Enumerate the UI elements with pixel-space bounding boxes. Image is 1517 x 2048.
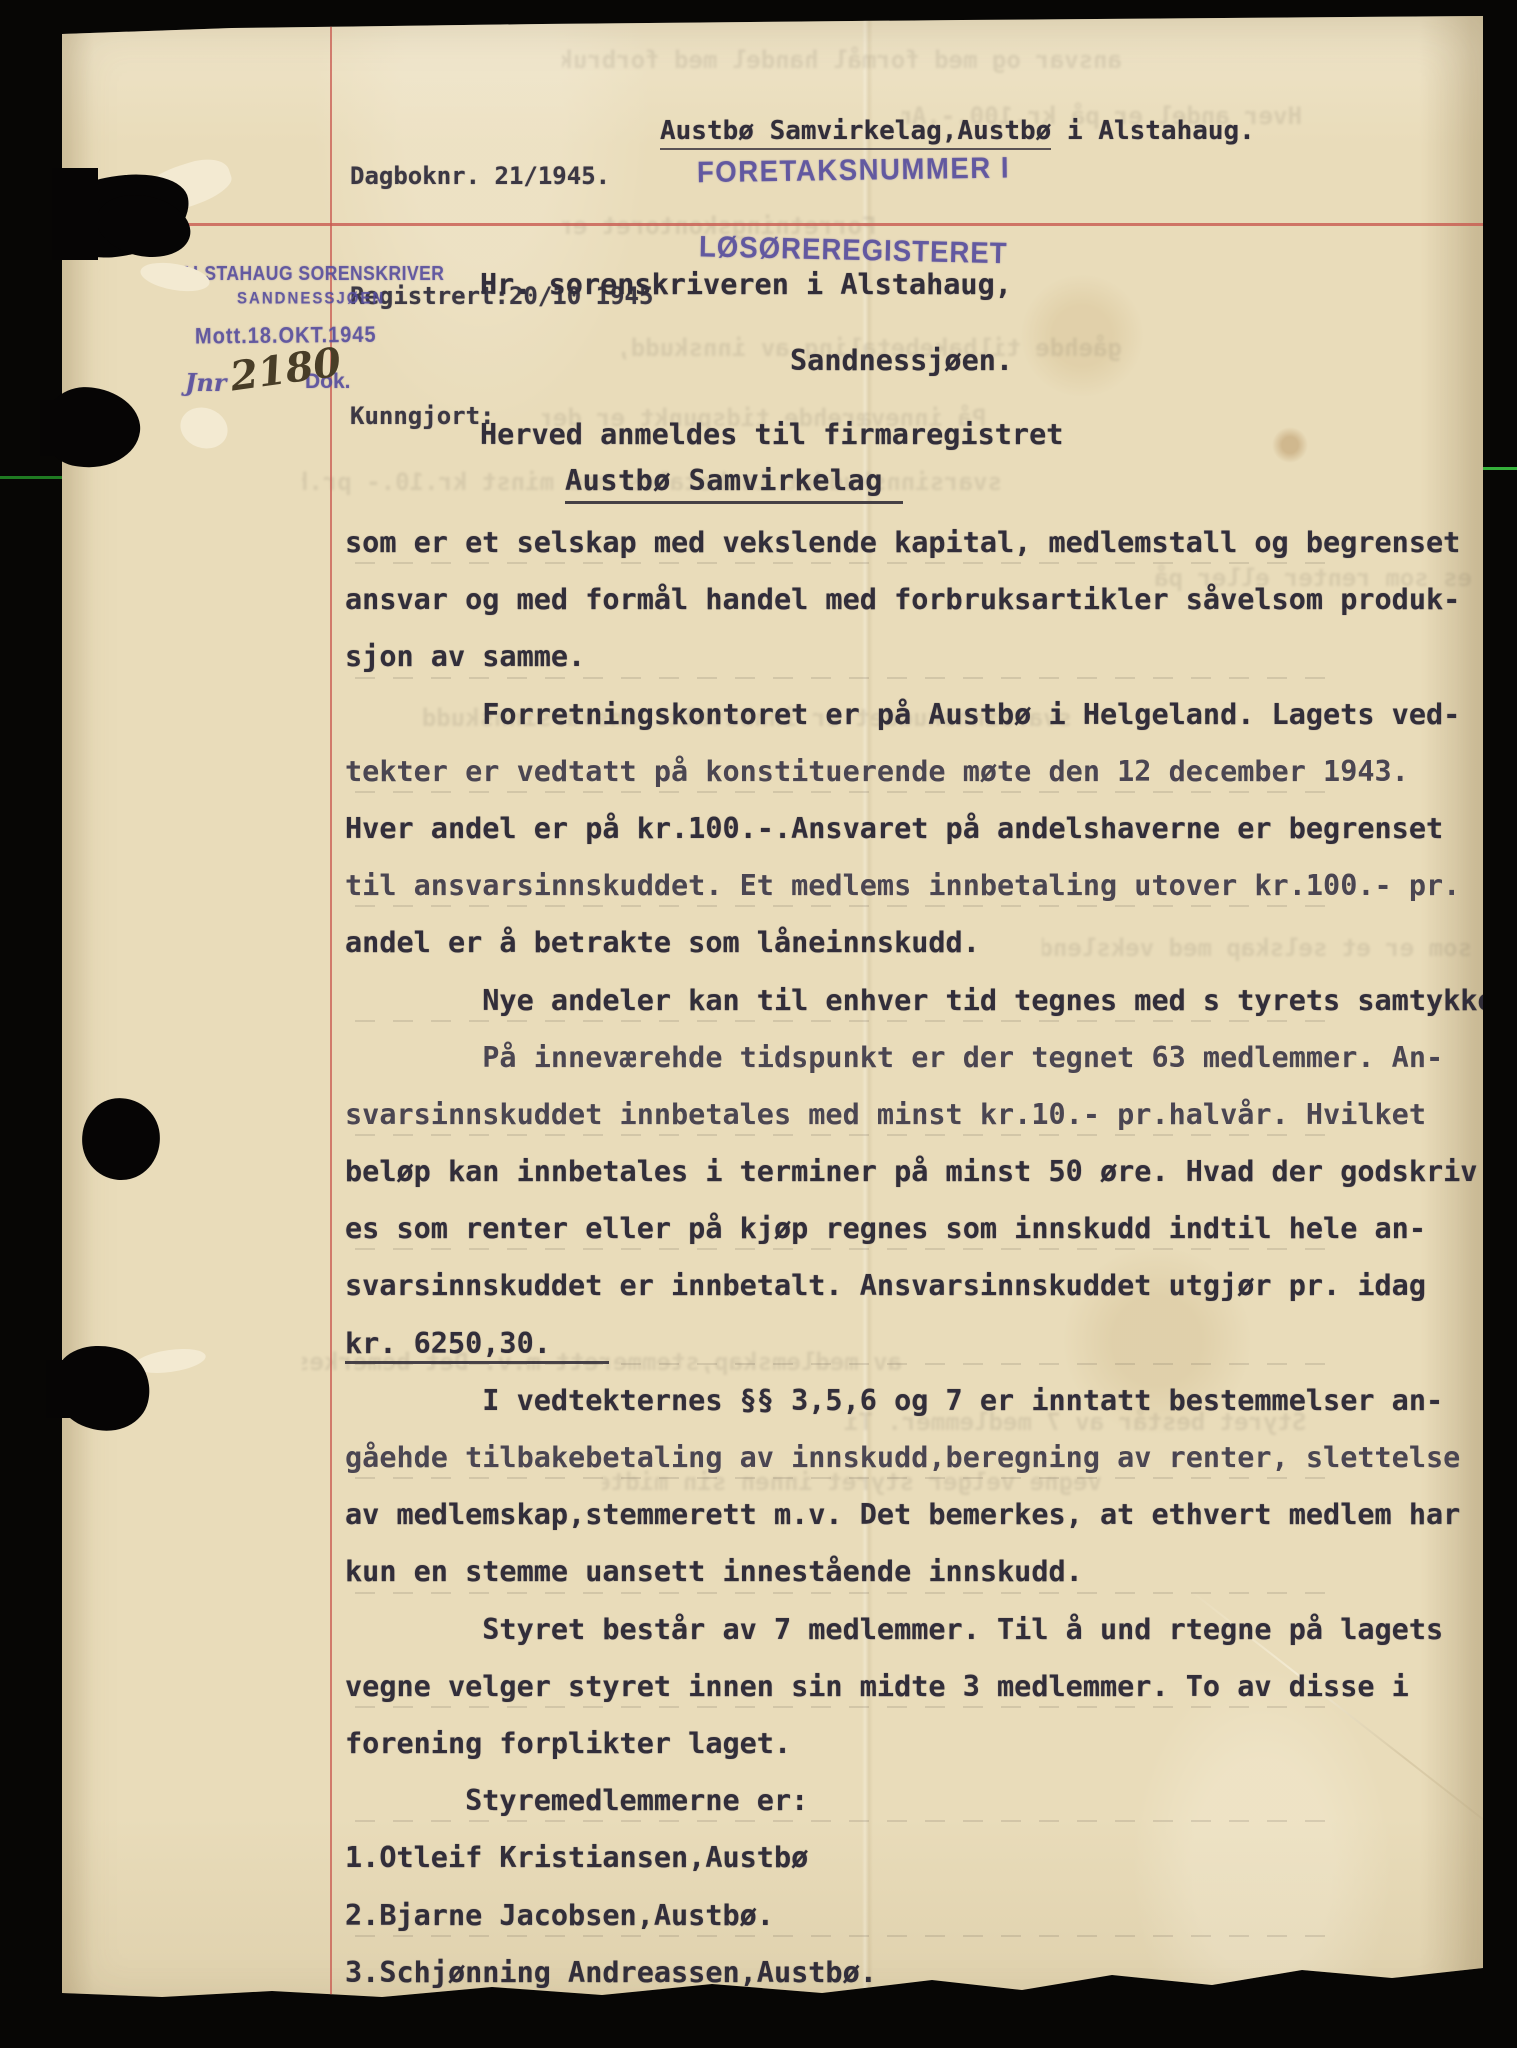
intro-line: Herved anmeldes til firmaregistret	[480, 418, 1063, 451]
body-line: 2.Bjarne Jacobsen,Austbø.	[345, 1887, 1483, 1944]
body-line: beløp kan innbetales i terminer på minst…	[345, 1143, 1483, 1200]
body-line: gåehde tilbakebetaling av innskudd,bereg…	[345, 1429, 1483, 1486]
body-line: es som renter eller på kjøp regnes som i…	[345, 1200, 1483, 1257]
body-line: Forretningskontoret er på Austbø i Helge…	[345, 686, 1483, 743]
subject-title: Austbø Samvirkelag	[565, 464, 903, 497]
body-line: av medlemskap,stemmerett m.v. Det bemerk…	[345, 1486, 1483, 1543]
body-line: I vedtekternes §§ 3,5,6 og 7 er inntatt …	[345, 1372, 1483, 1429]
registry-stamp-line1: FORETAKSNUMMER I	[697, 151, 1011, 190]
body-line: Nye andeler kan til enhver tid tegnes me…	[345, 972, 1483, 1029]
body-line: sjon av samme.	[345, 628, 1483, 685]
torn-paper-flap	[175, 401, 234, 455]
scanned-document-canvas: ansvar og med formål handel med forbruks…	[0, 0, 1517, 2048]
tear-hole	[52, 168, 98, 260]
company-header-line: Austbø Samvirkelag,Austbø i Alstahaug.	[660, 116, 1255, 146]
body-line: svarsinnskuddet er innbetalt. Ansvarsinn…	[345, 1257, 1483, 1314]
red-rule-horizontal	[64, 223, 1483, 226]
body-line: tekter er vedtatt på konstituerende møte…	[345, 743, 1483, 800]
bleedthrough-text: ansvar og med formål handel med forbruks…	[562, 46, 1122, 74]
body-line: til ansvarsinnskuddet. Et medlems innbet…	[345, 857, 1483, 914]
registry-stamp-line2: LØSØREREGISTERET	[699, 230, 1008, 271]
punch-hole	[46, 1360, 82, 1418]
scanner-artifact-line-left	[0, 476, 64, 479]
subject-title-text: Austbø Samvirkelag	[565, 464, 903, 504]
body-line: 1.Otleif Kristiansen,Austbø	[345, 1829, 1483, 1886]
office-stamp-place: SANDNESSJØEN	[237, 289, 385, 308]
body-line: På inneværehde tidspunkt er der tegnet 6…	[345, 1029, 1483, 1086]
body-line: svarsinnskuddet innbetales med minst kr.…	[345, 1086, 1483, 1143]
diary-number-line: Dagboknr. 21/1945.	[350, 156, 653, 196]
company-name-rest: i Alstahaug.	[1051, 116, 1255, 146]
document-paper: ansvar og med formål handel med forbruks…	[62, 16, 1483, 2015]
typed-body: som er et selskap med vekslende kapital,…	[345, 514, 1483, 2001]
body-line: kr. 6250,30.	[345, 1315, 1483, 1372]
scanner-artifact-line-right	[1479, 467, 1517, 470]
body-line: vegne velger styret innen sin midte 3 me…	[345, 1658, 1483, 1715]
recipient-line2: Sandnessjøen.	[790, 344, 1013, 377]
body-line: Hver andel er på kr.100.-.Ansvaret på an…	[345, 800, 1483, 857]
body-line: andel er å betrakte som låneinnskudd.	[345, 914, 1483, 971]
body-line: Styret består av 7 medlemmer. Til å und …	[345, 1601, 1483, 1658]
journal-label: Jnr	[185, 368, 226, 397]
body-line: forening forplikter laget.	[345, 1715, 1483, 1772]
body-line: 3.Schjønning Andreassen,Austbø.	[345, 1944, 1483, 2001]
red-margin-line-vertical	[330, 16, 332, 2015]
body-line: som er et selskap med vekslende kapital,…	[345, 514, 1483, 571]
company-name-underlined: Austbø Samvirkelag,Austbø	[660, 116, 1051, 150]
punch-hole	[40, 400, 80, 456]
office-stamp-name: ALSTAHAUG SORENSKRIVER	[180, 261, 444, 285]
body-line: ansvar og med formål handel med forbruks…	[345, 571, 1483, 628]
body-line: kun en stemme uansett innestående innsku…	[345, 1543, 1483, 1600]
recipient-line1: Hr. sorenskriveren i Alstahaug,	[480, 268, 1012, 301]
body-line: Styremedlemmerne er:	[345, 1772, 1483, 1829]
